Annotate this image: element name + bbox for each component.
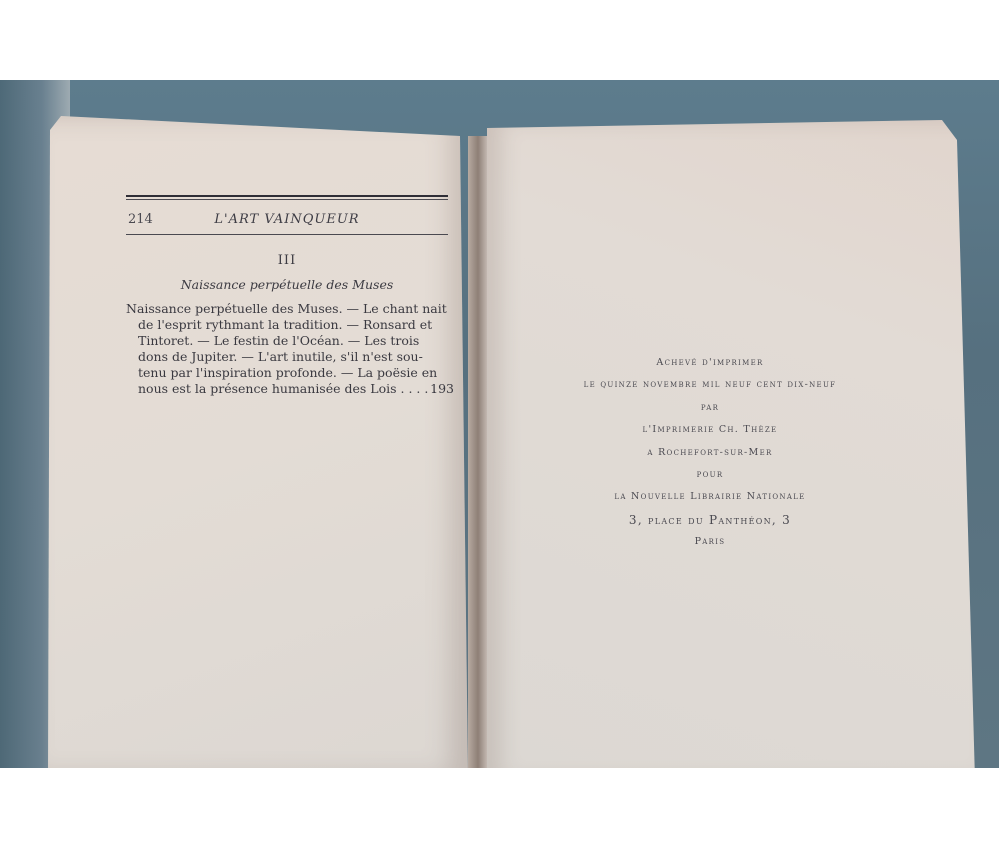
colophon-line: Achevé d'imprimer [560,352,860,374]
section-title: Naissance perpétuelle des Muses [126,277,448,292]
toc-line: Tintoret. — Le festin de l'Océan. — Les … [126,333,448,349]
toc-line: Naissance perpétuelle des Muses. — Le ch… [126,301,448,317]
section-number: III [126,253,448,268]
toc-line: nous est la présence humanisée des Lois … [126,381,448,397]
colophon-city: Paris [560,531,860,553]
toc-page-reference: 193 [430,381,454,397]
colophon-line: a Rochefort-sur-Mer [560,442,860,464]
book-title: L'ART VAINQUEUR [126,212,448,227]
colophon-line: l'Imprimerie Ch. Thèze [560,419,860,441]
colophon-line: par [560,397,860,419]
header-rule-thick [126,195,448,197]
header-rule-bottom [126,234,448,235]
toc-line: tenu par l'inspiration profonde. — La po… [126,365,448,381]
colophon-line: pour [560,464,860,486]
left-page-content: 214 L'ART VAINQUEUR III Naissance perpét… [126,195,448,397]
running-head: 214 L'ART VAINQUEUR [126,206,448,232]
colophon-address: 3, place du Panthéon, 3 [560,509,860,531]
book-gutter [468,136,488,768]
toc-line: de l'esprit rythmant la tradition. — Ron… [126,317,448,333]
toc-entry: Naissance perpétuelle des Muses. — Le ch… [126,301,448,397]
colophon-line: le quinze novembre mil neuf cent dix-neu… [560,374,860,396]
colophon: Achevé d'imprimer le quinze novembre mil… [560,352,860,554]
colophon-line: la Nouvelle Librairie Nationale [560,486,860,508]
header-rule-thin [126,199,448,200]
toc-line: dons de Jupiter. — L'art inutile, s'il n… [126,349,448,365]
